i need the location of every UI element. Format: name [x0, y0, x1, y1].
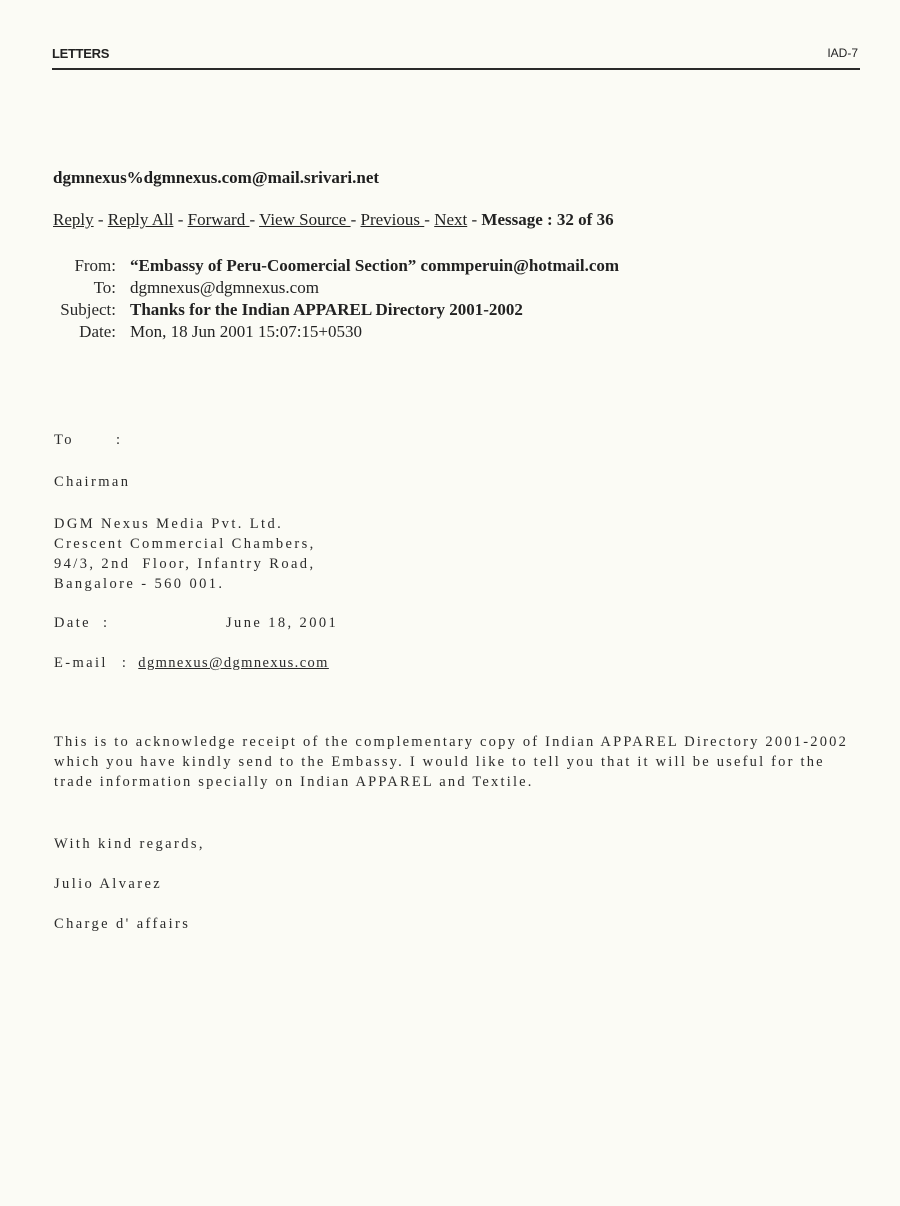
- address-line: 94/3, 2nd Floor, Infantry Road,: [54, 554, 316, 574]
- subject-value: Thanks for the Indian APPAREL Directory …: [130, 299, 523, 321]
- letter-paragraph: This is to acknowledge receipt of the co…: [54, 732, 854, 792]
- nav-separator: -: [424, 210, 434, 229]
- reply-all-link[interactable]: Reply All: [108, 210, 174, 229]
- address-line: Bangalore - 560 001.: [54, 574, 316, 594]
- email-account: dgmnexus%dgmnexus.com@mail.srivari.net: [53, 168, 379, 188]
- message-nav: Reply - Reply All - Forward - View Sourc…: [53, 210, 614, 230]
- previous-link[interactable]: Previous: [361, 210, 425, 229]
- nav-separator: -: [173, 210, 187, 229]
- nav-separator: -: [249, 210, 259, 229]
- date-label: Date: [54, 615, 91, 631]
- email-link[interactable]: dgmnexus@dgmnexus.com: [138, 655, 329, 671]
- letter-date: Date:June 18, 2001: [54, 615, 109, 632]
- header-date: Date: Mon, 18 Jun 2001 15:07:15+0530: [52, 321, 619, 343]
- view-source-link[interactable]: View Source: [259, 210, 351, 229]
- signer-name: Julio Alvarez: [54, 876, 162, 893]
- colon: :: [103, 615, 109, 631]
- message-counter: Message : 32 of 36: [481, 210, 613, 229]
- header-subject: Subject: Thanks for the Indian APPAREL D…: [52, 299, 619, 321]
- forward-link[interactable]: Forward: [188, 210, 250, 229]
- from-value: “Embassy of Peru-Coomercial Section” com…: [130, 255, 619, 277]
- nav-separator: -: [467, 210, 481, 229]
- address-line: DGM Nexus Media Pvt. Ltd.: [54, 514, 316, 534]
- recipient-address: DGM Nexus Media Pvt. Ltd. Crescent Comme…: [54, 514, 316, 594]
- letter-email: E-mail:dgmnexus@dgmnexus.com: [54, 655, 329, 672]
- nav-separator: -: [94, 210, 108, 229]
- colon: :: [122, 655, 128, 671]
- recipient-title: Chairman: [54, 474, 130, 491]
- section-title: LETTERS: [52, 46, 109, 61]
- to-label: To:: [52, 277, 130, 299]
- to-value: dgmnexus@dgmnexus.com: [130, 277, 319, 299]
- colon: :: [116, 432, 122, 449]
- to-label: To: [54, 432, 74, 448]
- date-value: June 18, 2001: [226, 615, 338, 632]
- header-to: To: dgmnexus@dgmnexus.com: [52, 277, 619, 299]
- signer-title: Charge d' affairs: [54, 916, 190, 933]
- nav-separator: -: [351, 210, 361, 229]
- reply-link[interactable]: Reply: [53, 210, 94, 229]
- closing: With kind regards,: [54, 836, 205, 853]
- page-number: IAD-7: [827, 46, 858, 60]
- page-header: LETTERS IAD-7: [52, 44, 860, 70]
- date-value: Mon, 18 Jun 2001 15:07:15+0530: [130, 321, 362, 343]
- letter-to: To:: [54, 432, 74, 449]
- email-headers: From: “Embassy of Peru-Coomercial Sectio…: [52, 255, 619, 343]
- date-label: Date:: [52, 321, 130, 343]
- header-from: From: “Embassy of Peru-Coomercial Sectio…: [52, 255, 619, 277]
- from-label: From:: [52, 255, 130, 277]
- address-line: Crescent Commercial Chambers,: [54, 534, 316, 554]
- email-label: E-mail: [54, 655, 108, 671]
- subject-label: Subject:: [52, 299, 130, 321]
- next-link[interactable]: Next: [434, 210, 467, 229]
